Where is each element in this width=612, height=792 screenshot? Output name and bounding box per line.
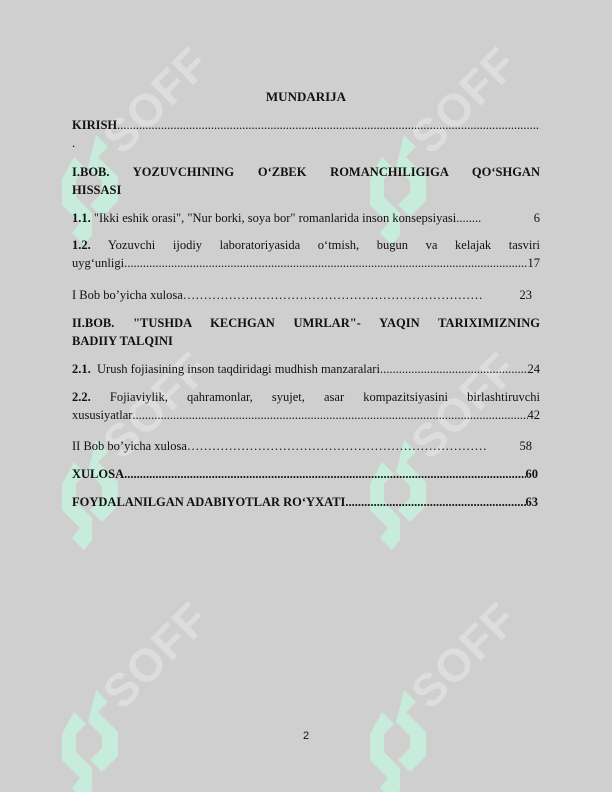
toc-entry-conclusion[interactable]: XULOSA..................................… [72, 465, 538, 483]
entry-page: 24 [528, 360, 541, 378]
toc-entry-chapter-1-summary[interactable]: I Bob bo’yicha xulosa…………………………………………………… [72, 286, 532, 304]
leader-dots: ........................................… [117, 116, 540, 134]
toc-entry-1-1[interactable]: 1.1. "Ikki eshik orasi", "Nur borki, soy… [72, 209, 540, 227]
entry-label: Yozuvchi ijodiy laboratoriyasida o‘tmish… [108, 238, 540, 252]
entry-trail: . [72, 134, 540, 152]
toc-entry-chapter-1[interactable]: I.BOB. YOZUVCHINING O‘ZBEK ROMANCHILIGIG… [72, 163, 540, 199]
leader-dots: ........................................… [132, 406, 527, 424]
entry-page: 23 [520, 286, 533, 304]
entry-label: II Bob bo’yicha xulosa [72, 437, 187, 455]
toc-entry-1-2[interactable]: 1.2. Yozuvchi ijodiy laboratoriyasida o‘… [72, 236, 540, 272]
leader-dots: ........ [456, 209, 534, 227]
toc-title: MUNDARIJA [72, 89, 540, 105]
toc-entry-chapter-2[interactable]: II.BOB. "TUSHDA KECHGAN UMRLAR"- YAQIN T… [72, 314, 540, 350]
entry-label: XULOSA [72, 465, 124, 483]
leader-dots: ........................................… [124, 254, 527, 272]
toc-entry-2-1[interactable]: 2.1. Urush fojiasining inson taqdiridagi… [72, 360, 540, 378]
entry-label-line2: uyg‘unligi [72, 254, 124, 272]
entry-label: KIRISH [72, 116, 117, 134]
soff-watermark: SOFF [370, 595, 570, 792]
entry-label-line2: HISSASI [72, 181, 540, 199]
soff-watermark-text: SOFF [400, 591, 528, 719]
entry-page: 17 [528, 254, 541, 272]
entry-label-line2: BADIIY TALQINI [72, 332, 540, 350]
toc-entry-chapter-2-summary[interactable]: II Bob bo’yicha xulosa………………………………………………… [72, 437, 532, 455]
entry-label: I.BOB. YOZUVCHINING O‘ZBEK ROMANCHILIGIG… [72, 163, 540, 181]
soff-watermark-text: SOFF [92, 591, 220, 719]
leader-dots: ……………………………………………………………… [183, 286, 520, 304]
entry-number: 2.1. [72, 362, 91, 376]
entry-page: 42 [528, 406, 541, 424]
entry-label: FOYDALANILGAN ADABIYOTLAR RO‘YXATI [72, 493, 345, 511]
entry-number: 1.2. [72, 238, 91, 252]
entry-page: 6 [534, 209, 540, 227]
leader-dots: ........................................… [380, 360, 528, 378]
entry-label: II.BOB. "TUSHDA KECHGAN UMRLAR"- YAQIN T… [72, 314, 540, 332]
leader-dots: ……………………………………………………………… [187, 437, 520, 455]
entry-label: I Bob bo’yicha xulosa [72, 286, 183, 304]
entry-number: 2.2. [72, 390, 91, 404]
leader-dots: ........................................… [345, 493, 525, 511]
entry-number: 1.1. [72, 211, 91, 225]
entry-page: 60 [526, 465, 539, 483]
entry-label-line2: xususiyatlar [72, 406, 132, 424]
entry-label: Urush fojiasining inson taqdiridagi mudh… [97, 362, 380, 376]
entry-label: "Ikki eshik orasi", "Nur borki, soya bor… [94, 211, 456, 225]
entry-page: 58 [520, 437, 533, 455]
entry-label: Fojiaviylik, qahramonlar, syujet, asar k… [110, 390, 540, 404]
toc-entry-references[interactable]: FOYDALANILGAN ADABIYOTLAR RO‘YXATI......… [72, 493, 538, 511]
soff-watermark: SOFF [62, 595, 262, 792]
toc-entry-kirish[interactable]: KIRISH..................................… [72, 116, 540, 152]
page-number: 2 [0, 730, 612, 742]
toc-entry-2-2[interactable]: 2.2. Fojiaviylik, qahramonlar, syujet, a… [72, 388, 540, 424]
entry-page: 63 [526, 493, 539, 511]
leader-dots: ........................................… [124, 465, 525, 483]
